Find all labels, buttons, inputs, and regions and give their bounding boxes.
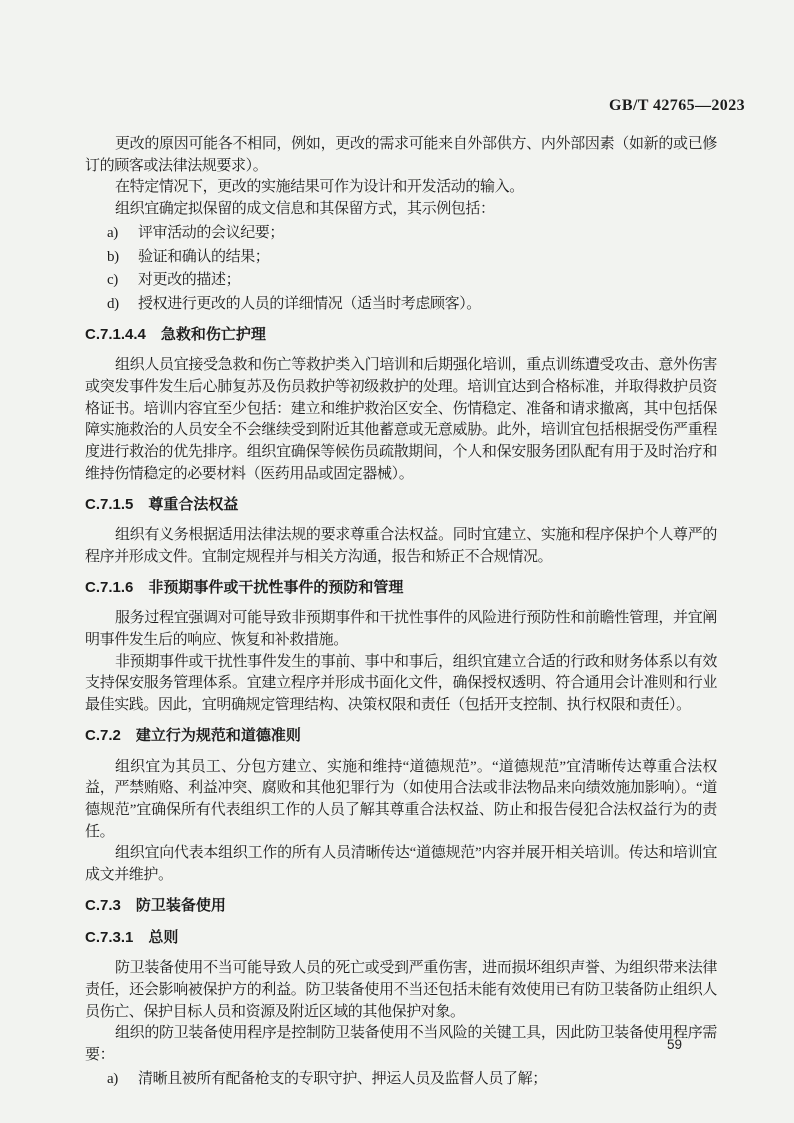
section-heading-rights: C.7.1.5尊重合法权益 <box>85 494 717 516</box>
list-item-text: 对更改的描述； <box>138 272 240 288</box>
list-item: b) 验证和确认的结果； <box>85 247 717 269</box>
list-marker: a) <box>107 1069 118 1091</box>
paragraph-first-aid: 组织人员宜接受急救和伤亡等救护类入门培训和后期强化培训，重点训练遭受攻击、意外伤… <box>85 355 717 485</box>
section-title: 非预期事件或干扰性事件的预防和管理 <box>148 579 403 596</box>
equipment-procedure-list: a) 清晰且被所有配备枪支的专职守护、押运人员及监督人员了解； <box>85 1069 717 1091</box>
paragraph-equipment-2: 组织的防卫装备使用程序是控制防卫装备使用不当风险的关键工具，因此防卫装备使用程序… <box>85 1023 717 1066</box>
section-number: C.7.3 <box>85 897 121 914</box>
standard-number: GB/T 42765—2023 <box>609 97 745 114</box>
list-item-text: 评审活动的会议纪要； <box>138 225 284 241</box>
paragraph-equipment-1: 防卫装备使用不当可能导致人员的死亡或受到严重伤害，进而损坏组织声誉、为组织带来法… <box>85 958 717 1023</box>
paragraph-change-results: 在特定情况下，更改的实施结果可作为设计和开发活动的输入。 <box>85 177 717 199</box>
page-number: 59 <box>667 1037 682 1052</box>
paragraph-ethics-2: 组织宜向代表本组织工作的所有人员清晰传达“道德规范”内容并展开相关培训。传达和培… <box>85 843 717 886</box>
section-number: C.7.1.4.4 <box>85 326 146 343</box>
paragraph-retained-info: 组织宜确定拟保留的成文信息和其保留方式，其示例包括： <box>85 199 717 221</box>
section-title: 尊重合法权益 <box>148 496 238 513</box>
list-item: d) 授权进行更改的人员的详细情况（适当时考虑顾客）。 <box>85 294 717 316</box>
document-body: 更改的原因可能各不相同，例如，更改的需求可能来自外部供方、内外部因素（如新的或已… <box>85 134 717 1092</box>
section-heading-first-aid: C.7.1.4.4急救和伤亡护理 <box>85 324 717 346</box>
section-heading-ethics: C.7.2建立行为规范和道德准则 <box>85 725 717 747</box>
section-heading-equipment-general: C.7.3.1总则 <box>85 927 717 949</box>
section-title: 建立行为规范和道德准则 <box>136 727 301 744</box>
paragraph-events-1: 服务过程宜强调对可能导致非预期事件和干扰性事件的风险进行预防性和前瞻性管理，并宜… <box>85 608 717 651</box>
paragraph-ethics-1: 组织宜为其员工、分包方建立、实施和维持“道德规范”。“道德规范”宜清晰传达尊重合… <box>85 757 717 844</box>
section-heading-events: C.7.1.6非预期事件或干扰性事件的预防和管理 <box>85 577 717 599</box>
section-heading-equipment: C.7.3防卫装备使用 <box>85 895 717 917</box>
paragraph-change-reasons: 更改的原因可能各不相同，例如，更改的需求可能来自外部供方、内外部因素（如新的或已… <box>85 134 717 177</box>
section-number: C.7.2 <box>85 727 121 744</box>
section-number: C.7.3.1 <box>85 929 133 946</box>
section-number: C.7.1.5 <box>85 496 133 513</box>
paragraph-events-2: 非预期事件或干扰性事件发生的事前、事中和事后，组织宜建立合适的行政和财务体系以有… <box>85 652 717 717</box>
list-marker: a) <box>107 223 118 245</box>
running-header: GB/T 42765—2023 <box>0 97 745 115</box>
list-marker: d) <box>107 294 119 316</box>
list-marker: b) <box>107 247 119 269</box>
section-title: 防卫装备使用 <box>136 897 226 914</box>
list-item-text: 清晰且被所有配备枪支的专职守护、押运人员及监督人员了解； <box>138 1071 547 1087</box>
retained-info-list: a) 评审活动的会议纪要； b) 验证和确认的结果； c) 对更改的描述； d)… <box>85 223 717 316</box>
section-title: 总则 <box>148 929 178 946</box>
section-title: 急救和伤亡护理 <box>161 326 266 343</box>
list-item: a) 评审活动的会议纪要； <box>85 223 717 245</box>
document-page: GB/T 42765—2023 更改的原因可能各不相同，例如，更改的需求可能来自… <box>0 0 794 1123</box>
list-item: c) 对更改的描述； <box>85 270 717 292</box>
list-item-text: 验证和确认的结果； <box>138 249 269 265</box>
page-footer: 59 <box>667 1037 682 1052</box>
list-item: a) 清晰且被所有配备枪支的专职守护、押运人员及监督人员了解； <box>85 1069 717 1091</box>
section-number: C.7.1.6 <box>85 579 133 596</box>
list-marker: c) <box>107 270 118 292</box>
list-item-text: 授权进行更改的人员的详细情况（适当时考虑顾客）。 <box>138 296 481 312</box>
paragraph-rights: 组织有义务根据适用法律法规的要求尊重合法权益。同时宜建立、实施和程序保护个人尊严… <box>85 525 717 568</box>
